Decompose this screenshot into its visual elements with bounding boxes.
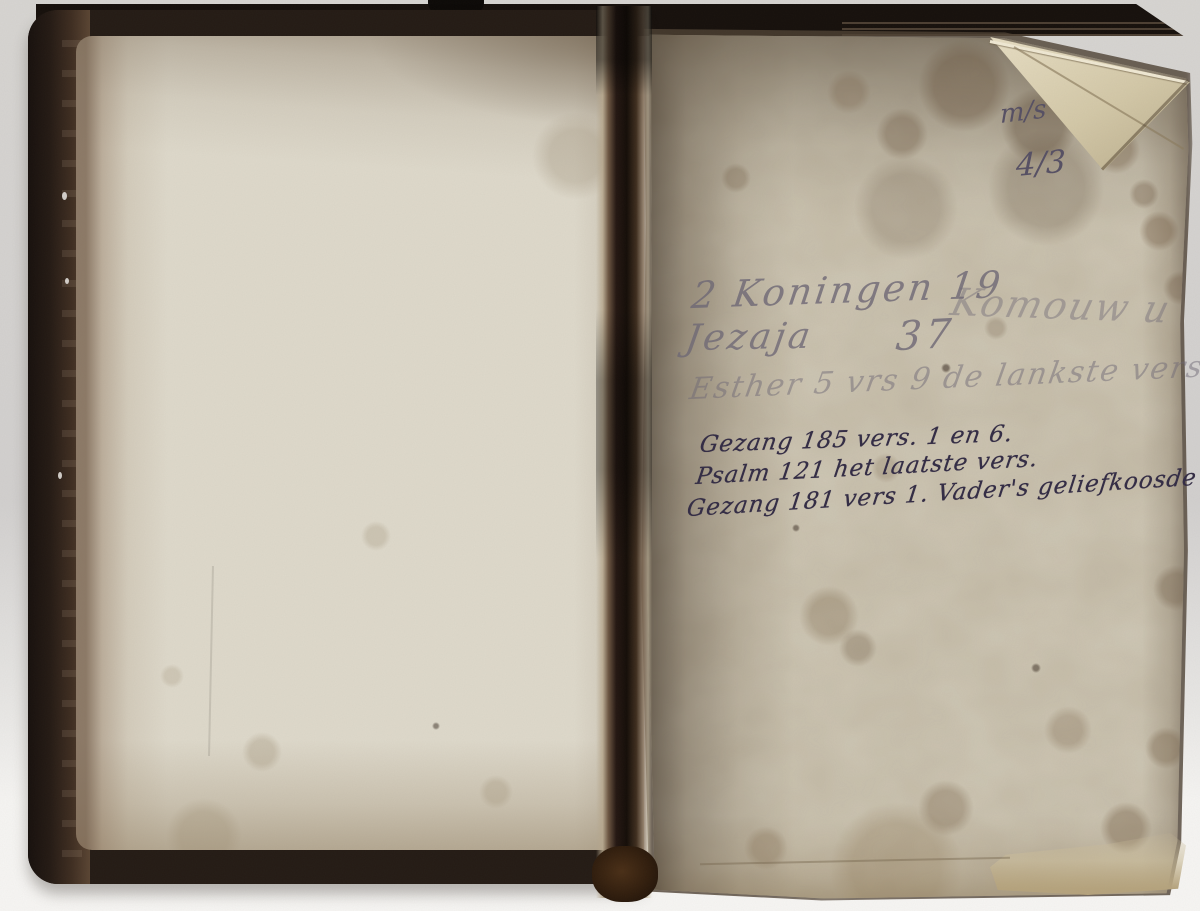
paint-fleck [58,472,62,479]
shelf-mark-43: 4/3 [1016,144,1066,185]
pencil-note-scrawl: Komouw u [947,280,1176,331]
book-photo: m/s 4/3 2 Koningen 19 Komouw u Jezaja 37… [0,0,1200,911]
paint-fleck [62,192,67,200]
book-gutter [596,6,652,898]
pastedown-paper [76,36,644,850]
faint-pencil-stroke [208,566,214,756]
pencil-note-jezaja: Jezaja [683,316,816,359]
pencil-note-37: 37 [894,311,957,360]
left-inside-cover [28,10,644,884]
shelf-mark-ms: m/s [1000,94,1047,130]
paint-fleck [65,278,69,284]
gutter-binding-knob [592,846,658,902]
